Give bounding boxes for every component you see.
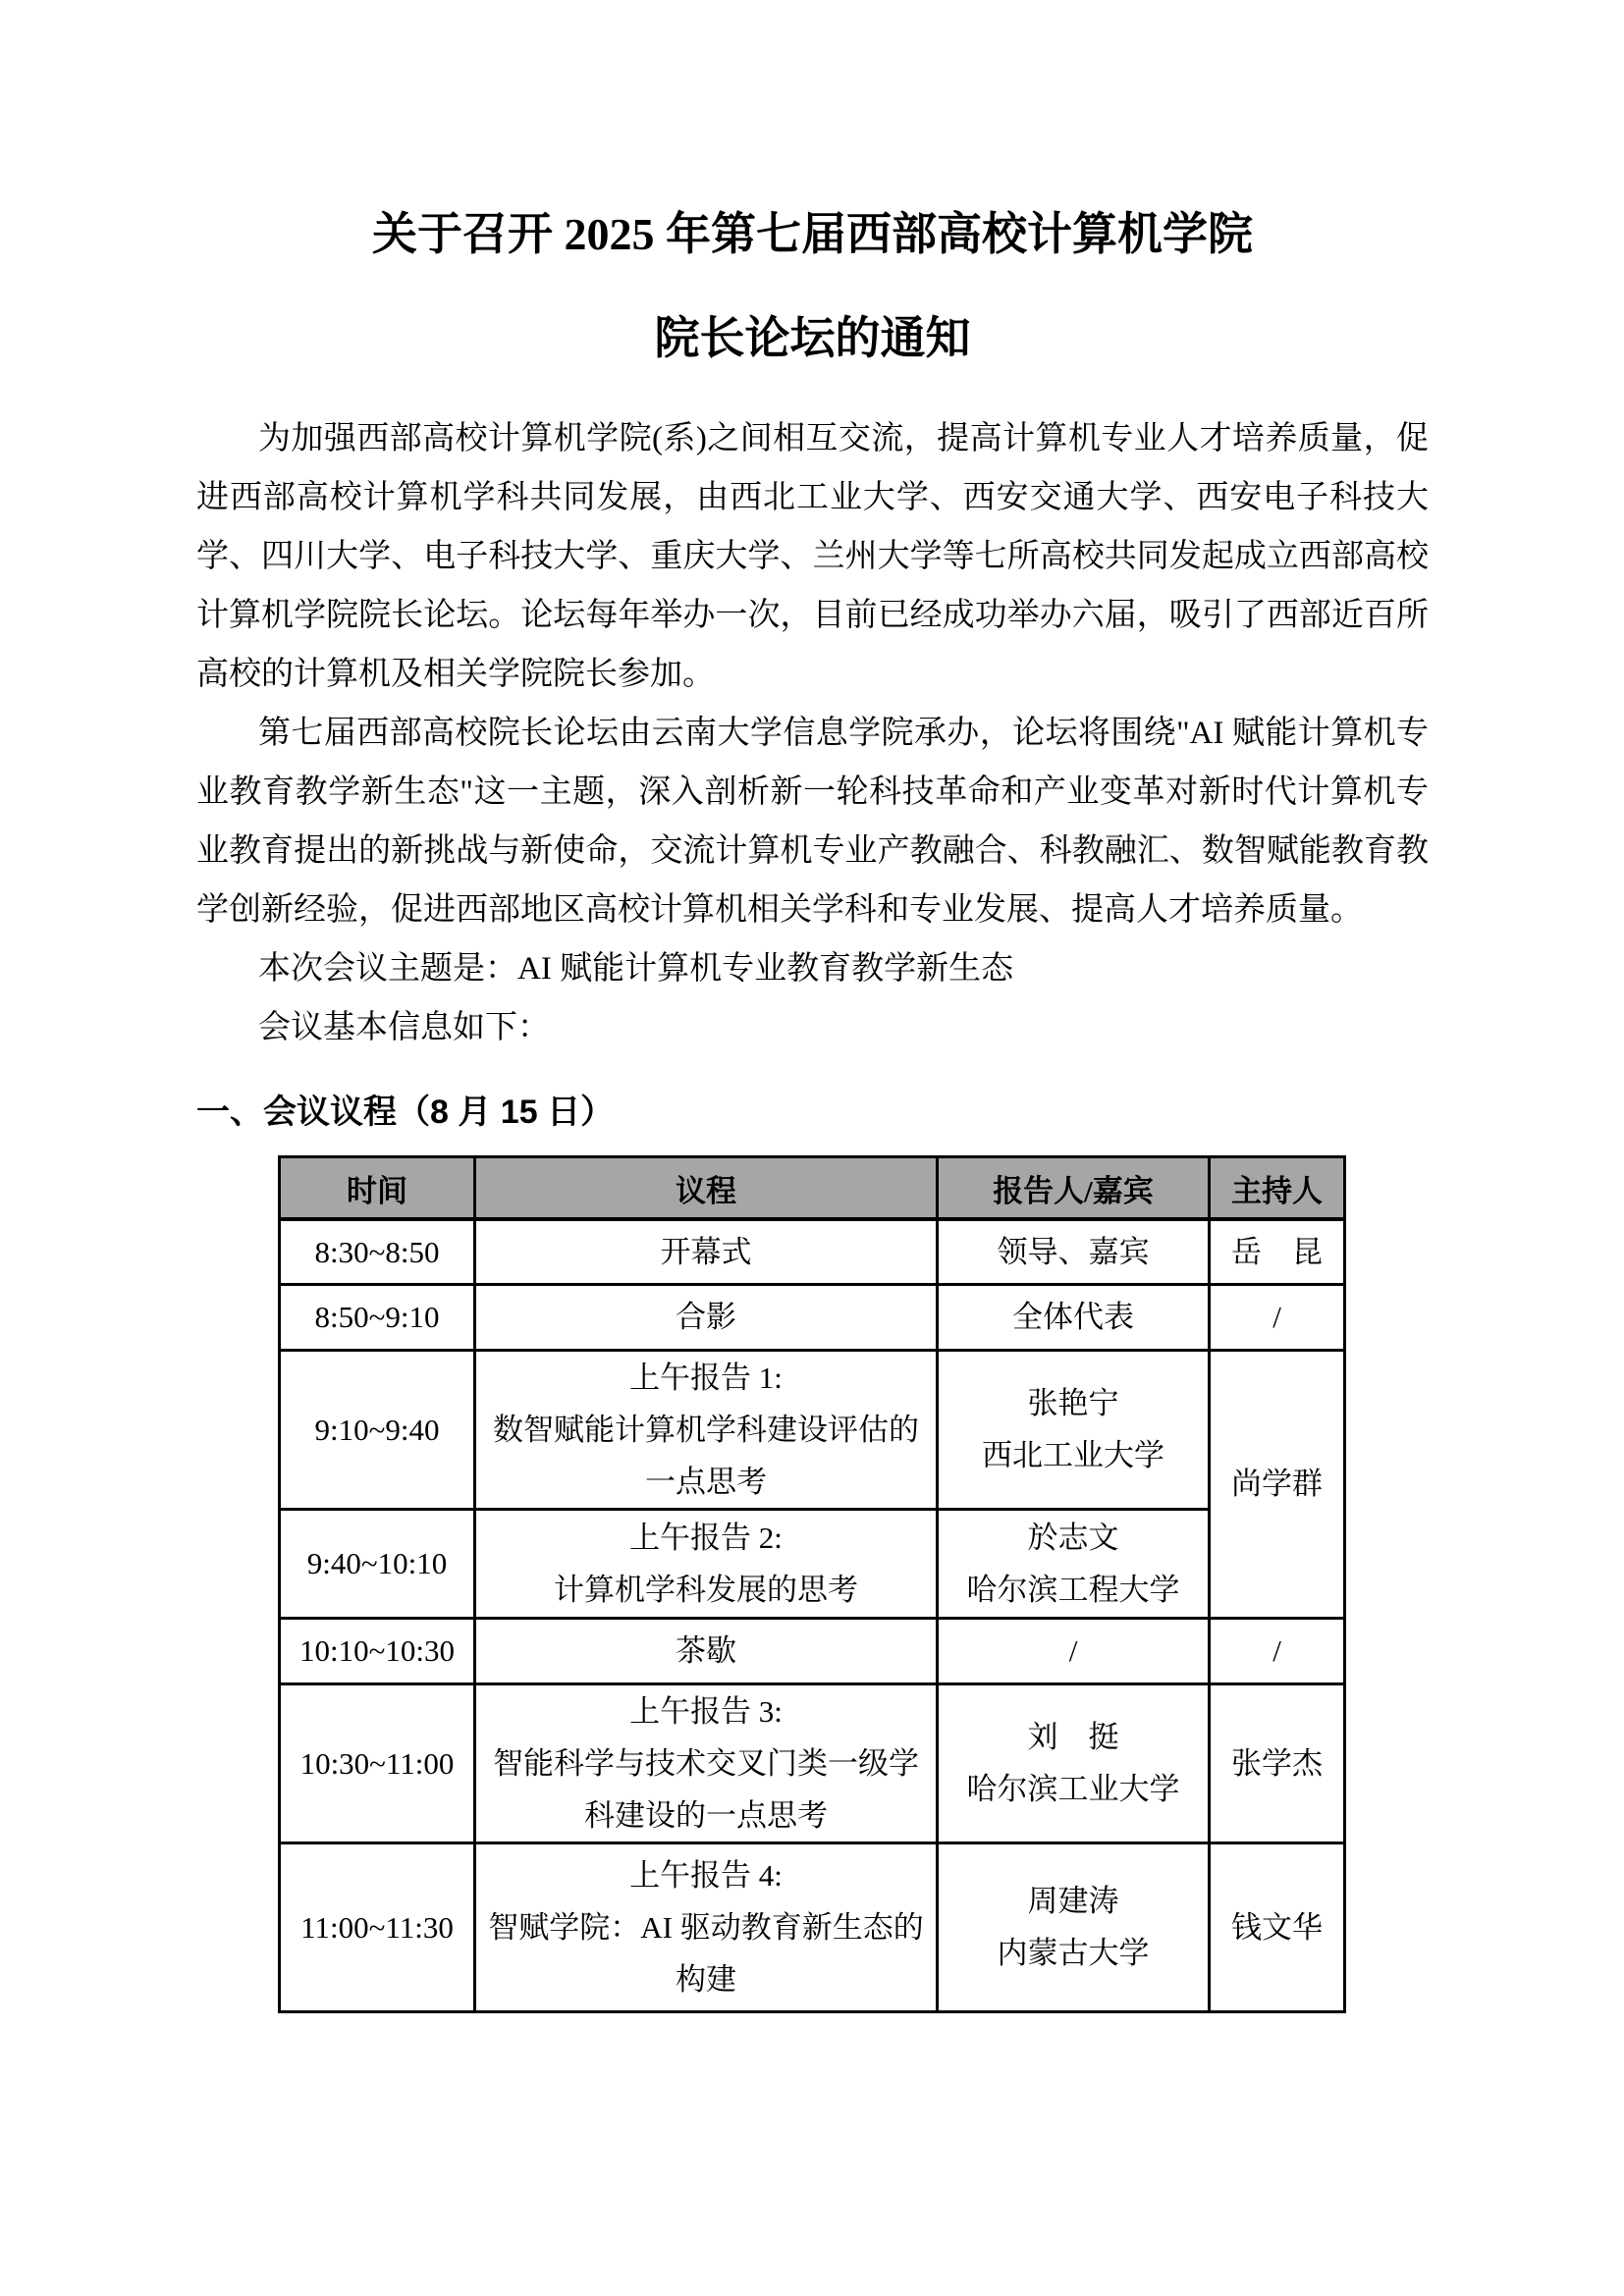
cell-speaker: 刘 挺哈尔滨工业大学 — [938, 1683, 1210, 1842]
table-row: 10:30~11:00上午报告 3:智能科学与技术交叉门类一级学科建设的一点思考… — [280, 1683, 1345, 1842]
column-header: 报告人/嘉宾 — [938, 1157, 1210, 1220]
table-row: 8:30~8:50开幕式领导、嘉宾岳 昆 — [280, 1219, 1345, 1284]
cell-time: 8:50~9:10 — [280, 1284, 475, 1350]
document-page: 关于召开 2025 年第七届西部高校计算机学院 院长论坛的通知 为加强西部高校计… — [0, 0, 1624, 2296]
cell-time: 10:10~10:30 — [280, 1618, 475, 1683]
cell-time: 8:30~8:50 — [280, 1219, 475, 1284]
cell-agenda: 合影 — [475, 1284, 938, 1350]
cell-agenda: 开幕式 — [475, 1219, 938, 1284]
column-header: 议程 — [475, 1157, 938, 1220]
cell-speaker: 张艳宁西北工业大学 — [938, 1350, 1210, 1509]
agenda-table-body: 8:30~8:50开幕式领导、嘉宾岳 昆8:50~9:10合影全体代表/9:10… — [280, 1219, 1345, 2011]
document-title-line2: 院长论坛的通知 — [196, 287, 1429, 391]
cell-time: 9:40~10:10 — [280, 1509, 475, 1618]
agenda-header-row: 时间议程报告人/嘉宾主持人 — [280, 1157, 1345, 1220]
cell-speaker: 全体代表 — [938, 1284, 1210, 1350]
cell-agenda: 上午报告 4:智赋学院：AI 驱动教育新生态的构建 — [475, 1842, 938, 2011]
table-row: 8:50~9:10合影全体代表/ — [280, 1284, 1345, 1350]
cell-agenda: 上午报告 2:计算机学科发展的思考 — [475, 1509, 938, 1618]
cell-host: 张学杰 — [1210, 1683, 1345, 1842]
cell-time: 10:30~11:00 — [280, 1683, 475, 1842]
cell-speaker: 领导、嘉宾 — [938, 1219, 1210, 1284]
cell-speaker: / — [938, 1618, 1210, 1683]
table-row: 10:10~10:30茶歇// — [280, 1618, 1345, 1683]
agenda-table: 时间议程报告人/嘉宾主持人 8:30~8:50开幕式领导、嘉宾岳 昆8:50~9… — [278, 1155, 1346, 2013]
cell-agenda: 茶歇 — [475, 1618, 938, 1683]
cell-host: / — [1210, 1284, 1345, 1350]
column-header: 主持人 — [1210, 1157, 1345, 1220]
column-header: 时间 — [280, 1157, 475, 1220]
cell-host: 尚学群 — [1210, 1350, 1345, 1618]
table-row: 11:00~11:30上午报告 4:智赋学院：AI 驱动教育新生态的构建周建涛内… — [280, 1842, 1345, 2011]
cell-agenda: 上午报告 1:数智赋能计算机学科建设评估的一点思考 — [475, 1350, 938, 1509]
paragraph-meeting-topic: 本次会议主题是：AI 赋能计算机专业教育教学新生态 — [196, 939, 1429, 998]
cell-host: 钱文华 — [1210, 1842, 1345, 2011]
cell-host: 岳 昆 — [1210, 1219, 1345, 1284]
paragraph-meeting-info: 会议基本信息如下： — [196, 998, 1429, 1057]
cell-speaker: 周建涛内蒙古大学 — [938, 1842, 1210, 2011]
cell-time: 9:10~9:40 — [280, 1350, 475, 1509]
section-heading-agenda: 一、会议议程（8 月 15 日） — [196, 1083, 1429, 1142]
cell-time: 11:00~11:30 — [280, 1842, 475, 2011]
table-row: 9:10~9:40上午报告 1:数智赋能计算机学科建设评估的一点思考张艳宁西北工… — [280, 1350, 1345, 1509]
document-title-line1: 关于召开 2025 年第七届西部高校计算机学院 — [196, 183, 1429, 287]
cell-host: / — [1210, 1618, 1345, 1683]
document-title: 关于召开 2025 年第七届西部高校计算机学院 院长论坛的通知 — [196, 183, 1429, 391]
cell-speaker: 於志文哈尔滨工程大学 — [938, 1509, 1210, 1618]
table-row: 9:40~10:10上午报告 2:计算机学科发展的思考於志文哈尔滨工程大学 — [280, 1509, 1345, 1618]
paragraph-intro: 为加强西部高校计算机学院(系)之间相互交流，提高计算机专业人才培养质量，促进西部… — [196, 409, 1429, 704]
paragraph-forum-theme: 第七届西部高校院长论坛由云南大学信息学院承办，论坛将围绕"AI 赋能计算机专业教… — [196, 704, 1429, 939]
cell-agenda: 上午报告 3:智能科学与技术交叉门类一级学科建设的一点思考 — [475, 1683, 938, 1842]
